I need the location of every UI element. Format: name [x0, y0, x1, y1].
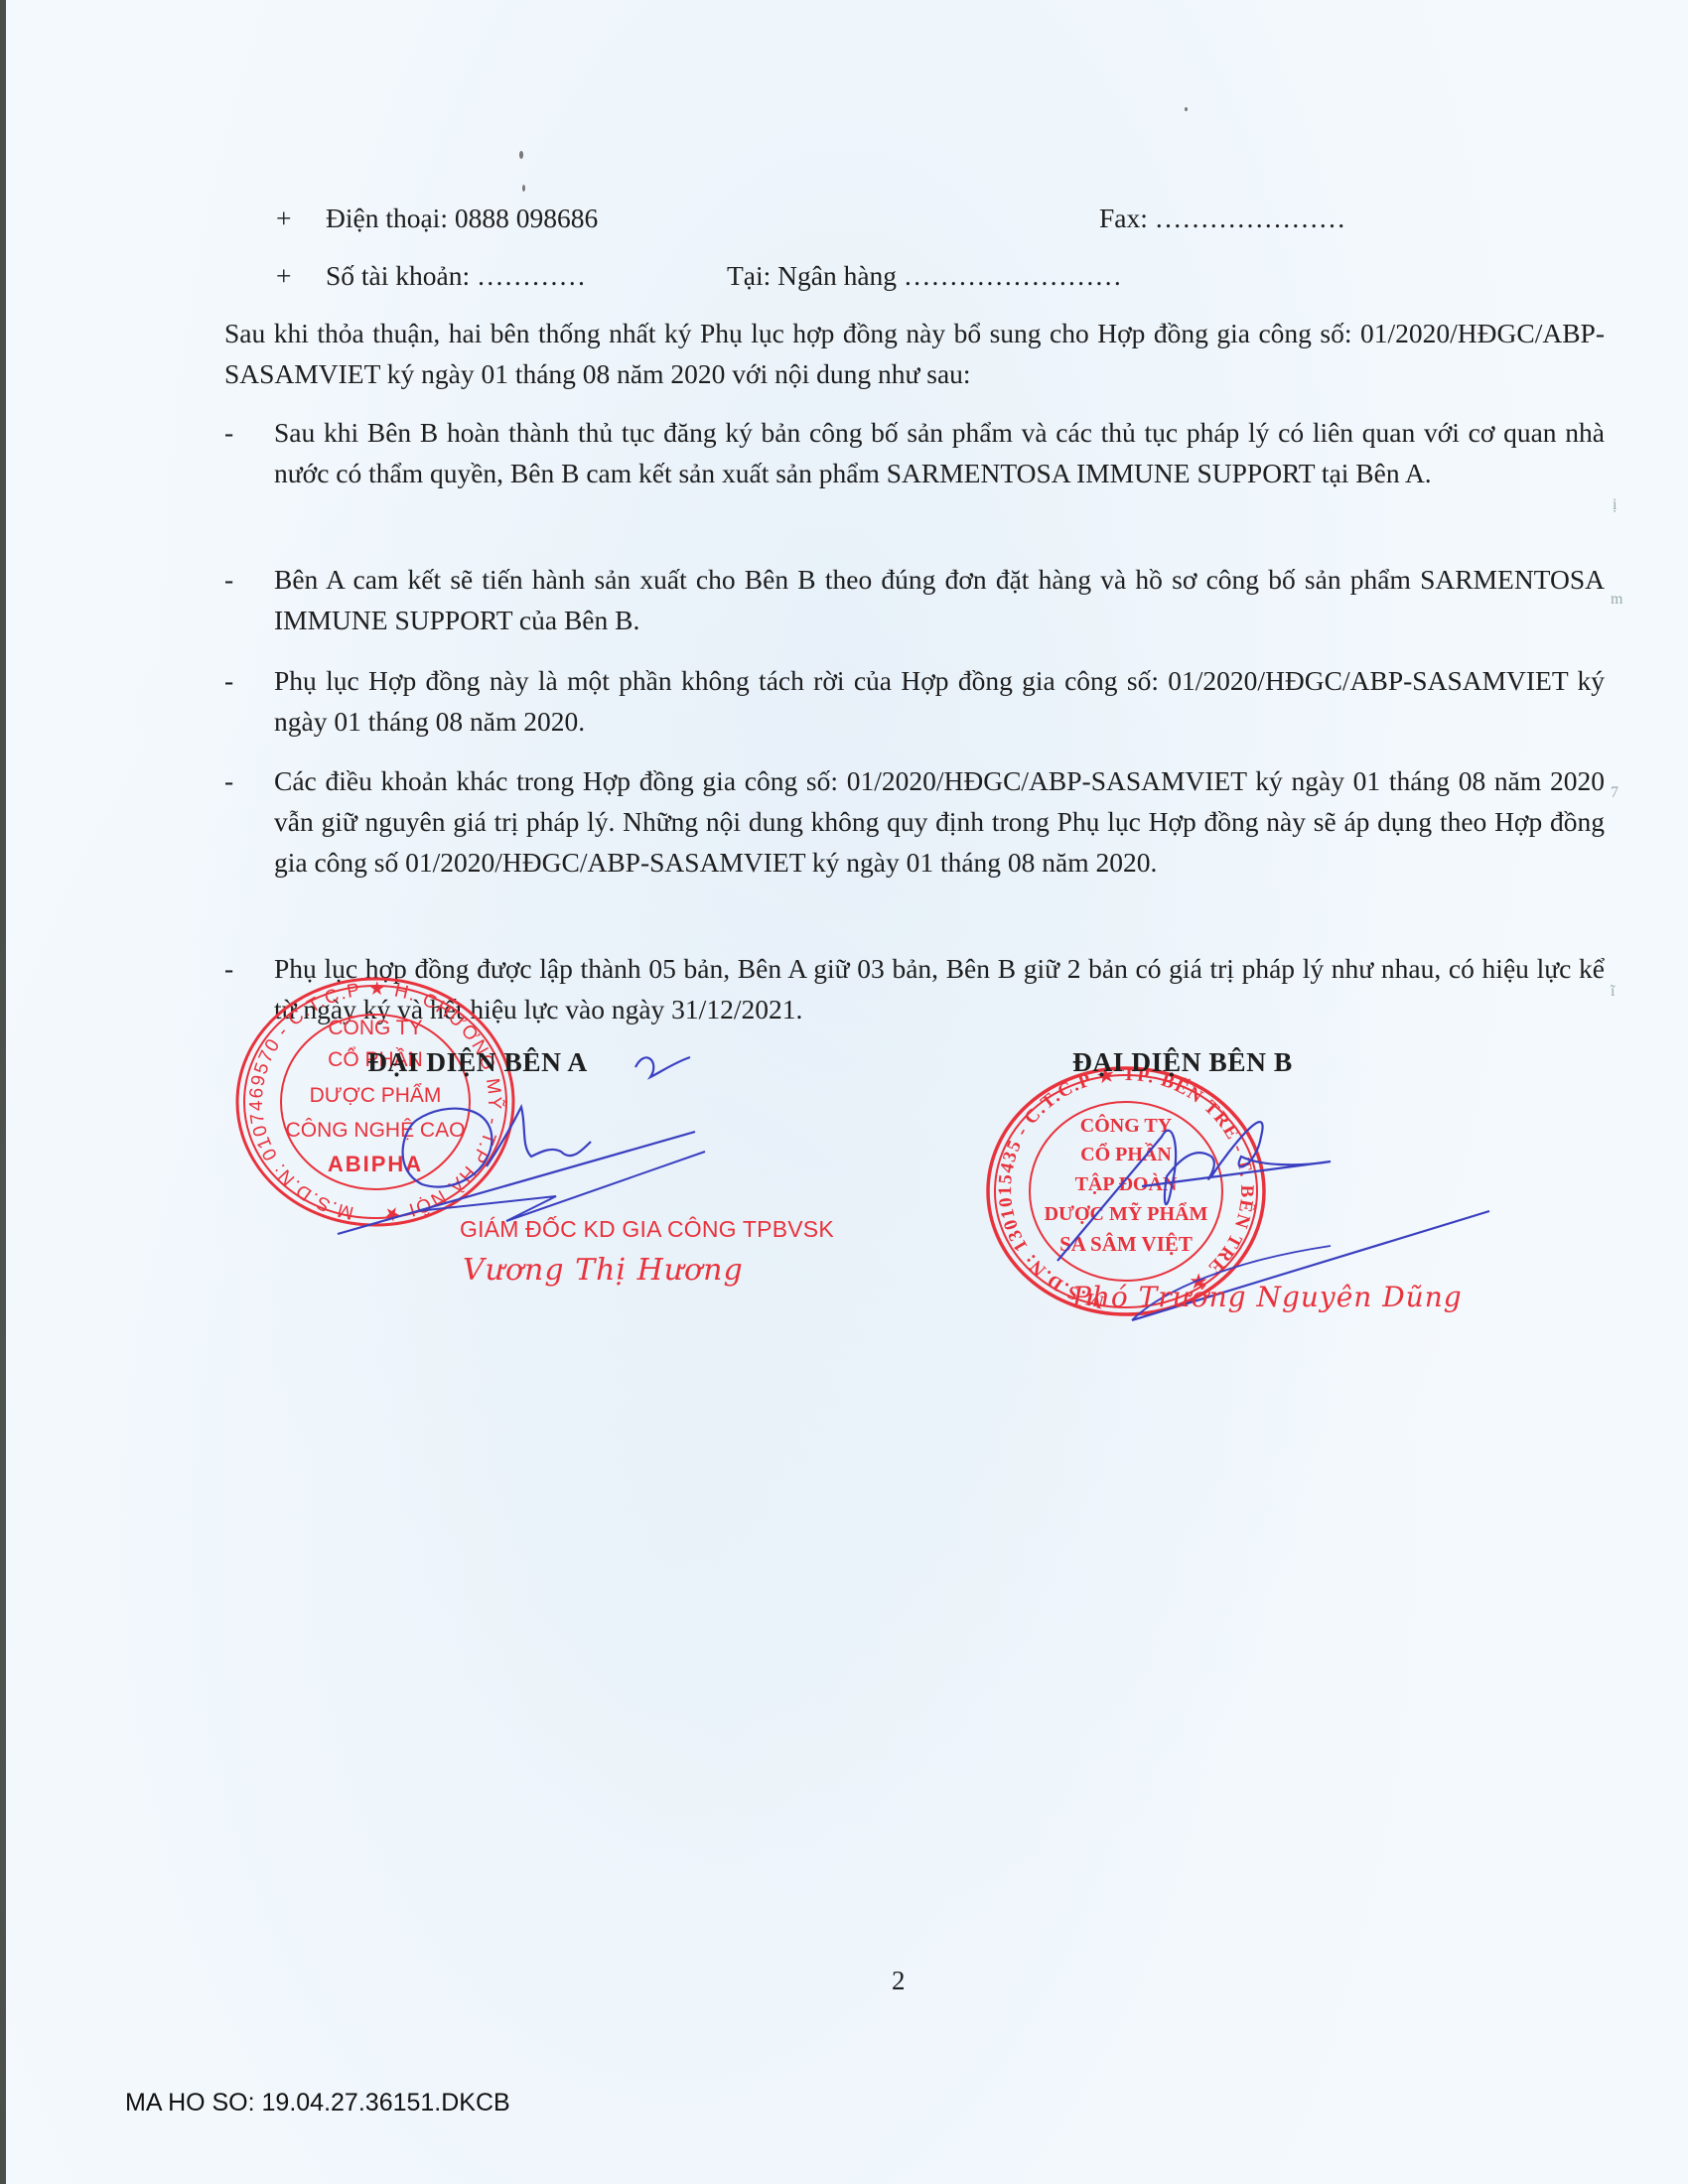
margin-mark: 7	[1611, 784, 1618, 802]
margin-mark: m	[1611, 591, 1622, 609]
party-b-name: Phó Trưởng Nguyên Dũng	[1072, 1281, 1463, 1313]
margin-mark: ĩ	[1611, 983, 1615, 1001]
signature-b-strokes	[0, 0, 1688, 2184]
file-code: MA HO SO: 19.04.27.36151.DKCB	[125, 2089, 510, 2117]
page-number: 2	[892, 1966, 906, 1996]
margin-mark: ị	[1613, 496, 1617, 514]
